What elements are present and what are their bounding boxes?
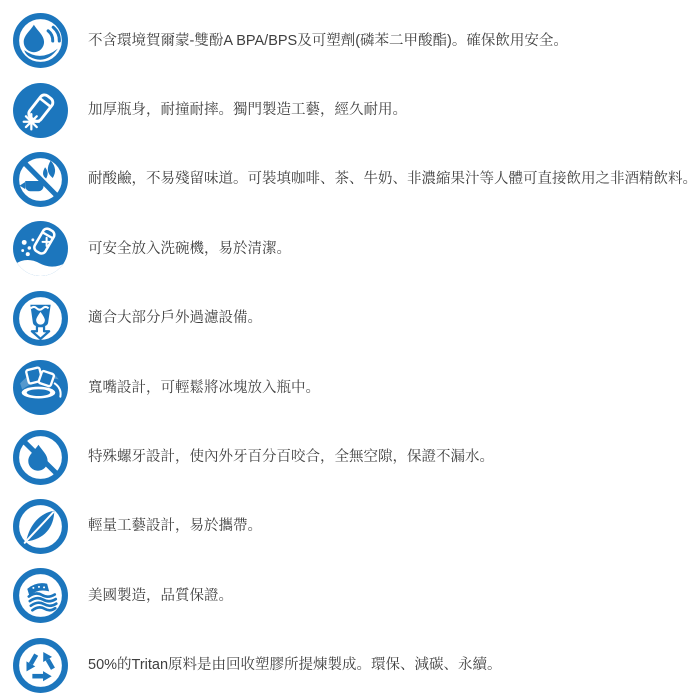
feature-row: 美國製造，品質保證。: [0, 561, 700, 630]
no-odor-residue-icon: [12, 151, 69, 208]
dishwasher-safe-icon: [12, 220, 69, 277]
durable-bottle-icon: [12, 82, 69, 139]
made-in-usa-flag-icon: [12, 567, 69, 624]
feature-row: 寬嘴設計，可輕鬆將冰塊放入瓶中。: [0, 353, 700, 422]
feature-row: 可安全放入洗碗機，易於清潔。: [0, 214, 700, 283]
wide-mouth-ice-icon: [12, 359, 69, 416]
feature-row: 特殊螺牙設計，使內外牙百分百咬合，全無空隙，保證不漏水。: [0, 422, 700, 491]
feature-text: 特殊螺牙設計，使內外牙百分百咬合，全無空隙，保證不漏水。: [88, 448, 494, 466]
feature-row: 輕量工藝設計，易於攜帶。: [0, 492, 700, 561]
feature-text: 美國製造，品質保證。: [88, 587, 233, 605]
leak-proof-icon: [12, 429, 69, 486]
bpa-free-drop-icon: [12, 12, 69, 69]
product-feature-list: 不含環境賀爾蒙-雙酚A BPA/BPS及可塑劑(磷苯二甲酸酯)。確保飲用安全。 …: [0, 0, 700, 700]
feature-row: 耐酸鹼，不易殘留味道。可裝填咖啡、茶、牛奶、非濃縮果汁等人體可直接飲用之非酒精飲…: [0, 145, 700, 214]
recycled-material-icon: [12, 637, 69, 694]
feature-text: 50%的Tritan原料是由回收塑膠所提煉製成。環保、減碳、永續。: [88, 656, 502, 674]
feature-text: 適合大部分戶外過濾設備。: [88, 309, 262, 327]
feature-row: 50%的Tritan原料是由回收塑膠所提煉製成。環保、減碳、永續。: [0, 631, 700, 700]
feature-text: 不含環境賀爾蒙-雙酚A BPA/BPS及可塑劑(磷苯二甲酸酯)。確保飲用安全。: [88, 32, 568, 50]
feature-row: 適合大部分戶外過濾設備。: [0, 284, 700, 353]
feature-row: 不含環境賀爾蒙-雙酚A BPA/BPS及可塑劑(磷苯二甲酸酯)。確保飲用安全。: [0, 6, 700, 75]
feature-text: 可安全放入洗碗機，易於清潔。: [88, 240, 291, 258]
feature-text: 耐酸鹼，不易殘留味道。可裝填咖啡、茶、牛奶、非濃縮果汁等人體可直接飲用之非酒精飲…: [88, 170, 697, 188]
feature-text: 寬嘴設計，可輕鬆將冰塊放入瓶中。: [88, 379, 320, 397]
feature-text: 加厚瓶身，耐撞耐摔。獨門製造工藝，經久耐用。: [88, 101, 407, 119]
lightweight-feather-icon: [12, 498, 69, 555]
feature-row: 加厚瓶身，耐撞耐摔。獨門製造工藝，經久耐用。: [0, 75, 700, 144]
water-filter-icon: [12, 290, 69, 347]
feature-text: 輕量工藝設計，易於攜帶。: [88, 517, 262, 535]
